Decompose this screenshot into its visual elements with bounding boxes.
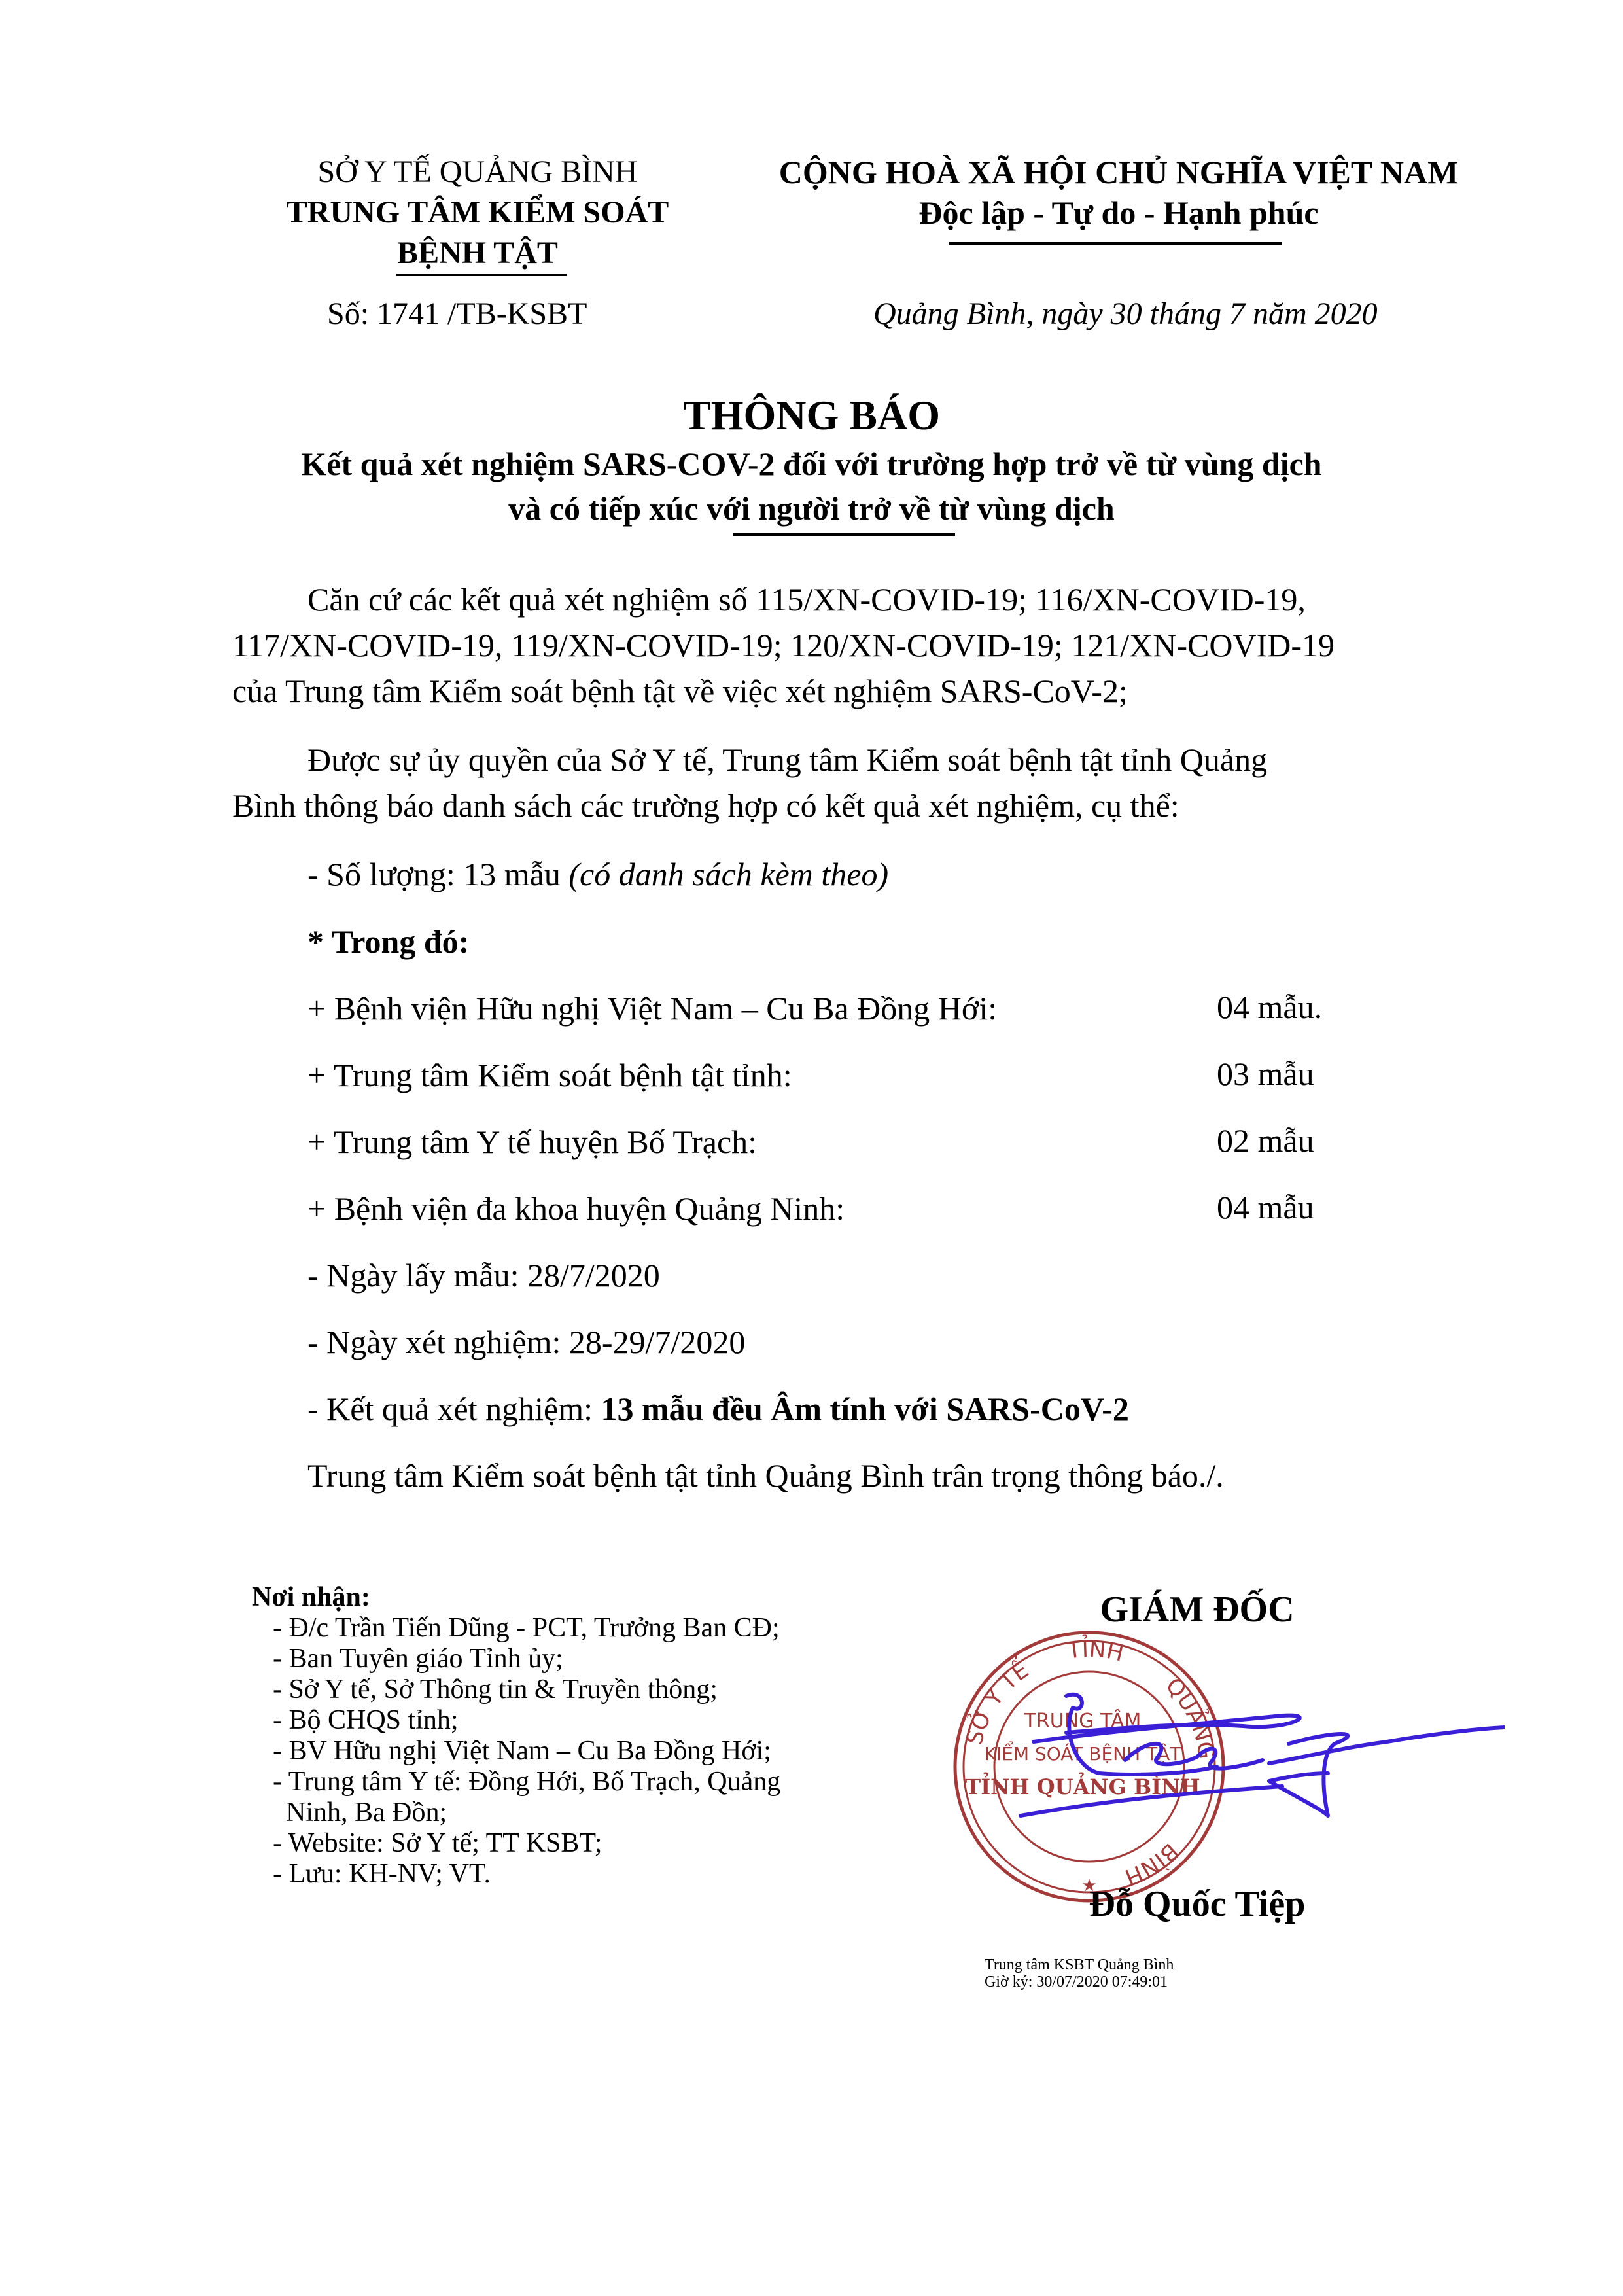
breakdown-count: 04 mẫu: [1217, 1188, 1314, 1226]
breakdown-place: + Trung tâm Kiểm soát bệnh tật tỉnh:: [307, 1055, 792, 1095]
basis-line1: Căn cứ các kết quả xét nghiệm số 115/XN-…: [307, 579, 1306, 620]
breakdown-count: 03 mẫu: [1217, 1055, 1314, 1093]
digital-signature-info: Trung tâm KSBT Quảng Bình Giờ ký: 30/07/…: [985, 1956, 1174, 1990]
test-date: - Ngày xét nghiệm: 28-29/7/2020: [307, 1322, 745, 1362]
breakdown-place: + Trung tâm Y tế huyện Bố Trạch:: [307, 1122, 757, 1162]
recipient-item: - Đ/c Trần Tiến Dũng - PCT, Trưởng Ban C…: [252, 1613, 780, 1644]
breakdown-count: 04 mẫu.: [1217, 988, 1322, 1026]
document-subtitle-line1: Kết quả xét nghiệm SARS-COV-2 đối với tr…: [0, 445, 1623, 483]
agency-name-line1: TRUNG TÂM KIỂM SOÁT: [249, 192, 707, 233]
breakdown-count: 02 mẫu: [1217, 1122, 1314, 1159]
basis-line2: 117/XN-COVID-19, 119/XN-COVID-19; 120/XN…: [232, 625, 1335, 665]
document-subtitle-line2: và có tiếp xúc với người trở về từ vùng …: [0, 489, 1623, 527]
authority-line2: Bình thông báo danh sách các trường hợp …: [232, 785, 1179, 826]
document-title: THÔNG BÁO: [0, 391, 1623, 440]
national-motto: Độc lập - Tự do - Hạnh phúc: [726, 192, 1511, 233]
basis-line3: của Trung tâm Kiểm soát bệnh tật về việc…: [232, 671, 1128, 711]
test-result: - Kết quả xét nghiệm: 13 mẫu đều Âm tính…: [307, 1388, 1129, 1429]
national-header: CỘNG HOÀ XÃ HỘI CHỦ NGHĨA VIỆT NAM Độc l…: [726, 152, 1511, 233]
recipient-item: - BV Hữu nghị Việt Nam – Cu Ba Đồng Hới;: [252, 1736, 780, 1767]
digital-sign-time: Giờ ký: 30/07/2020 07:49:01: [985, 1973, 1174, 1990]
agency-header: SỞ Y TẾ QUẢNG BÌNH TRUNG TÂM KIỂM SOÁT B…: [249, 152, 707, 274]
subtitle-underline: [733, 533, 955, 536]
recipients-block: Nơi nhận: - Đ/c Trần Tiến Dũng - PCT, Tr…: [252, 1582, 780, 1890]
digital-signer: Trung tâm KSBT Quảng Bình: [985, 1956, 1174, 1973]
document-number: Số: 1741 /TB-KSBT: [327, 296, 587, 332]
sample-date: - Ngày lấy mẫu: 28/7/2020: [307, 1255, 660, 1296]
svg-text:TỈNH: TỈNH: [1066, 1634, 1126, 1667]
result-value: 13 mẫu đều Âm tính với SARS-CoV-2: [601, 1390, 1129, 1427]
svg-text:BÌNH: BÌNH: [1121, 1838, 1183, 1890]
breakdown-place: + Bệnh viện Hữu nghị Việt Nam – Cu Ba Đồ…: [307, 988, 997, 1029]
breakdown-heading: * Trong đó:: [307, 921, 469, 962]
recipient-item: - Ban Tuyên giáo Tỉnh ủy;: [252, 1644, 780, 1674]
closing-statement: Trung tâm Kiểm soát bệnh tật tỉnh Quảng …: [307, 1455, 1224, 1496]
quantity-label: - Số lượng: 13 mẫu: [307, 856, 568, 892]
recipient-item: - Trung tâm Y tế: Đồng Hới, Bố Trạch, Qu…: [252, 1767, 780, 1797]
quantity-note: (có danh sách kèm theo): [568, 856, 888, 892]
recipient-item: - Lưu: KH-NV; VT.: [252, 1859, 780, 1890]
place-date: Quảng Bình, ngày 30 tháng 7 năm 2020: [873, 296, 1378, 332]
result-label: - Kết quả xét nghiệm:: [307, 1390, 601, 1427]
agency-parent: SỞ Y TẾ QUẢNG BÌNH: [249, 152, 707, 192]
motto-underline: [949, 242, 1282, 245]
agency-underline: [396, 274, 567, 276]
signer-name: Đỗ Quốc Tiệp: [1047, 1883, 1348, 1925]
sample-quantity: - Số lượng: 13 mẫu (có danh sách kèm the…: [307, 854, 888, 894]
recipient-item: - Website: Sở Y tế; TT KSBT;: [252, 1828, 780, 1859]
recipient-item: - Bộ CHQS tỉnh;: [252, 1705, 780, 1736]
recipient-item-continued: Ninh, Ba Đồn;: [252, 1797, 780, 1828]
handwritten-signature-icon: [981, 1669, 1505, 1839]
recipient-item: - Sở Y tế, Sở Thông tin & Truyền thông;: [252, 1674, 780, 1705]
agency-name-line2: BỆNH TẬT: [249, 233, 707, 274]
country-name: CỘNG HOÀ XÃ HỘI CHỦ NGHĨA VIỆT NAM: [726, 152, 1511, 192]
breakdown-place: + Bệnh viện đa khoa huyện Quảng Ninh:: [307, 1188, 845, 1229]
recipients-title: Nơi nhận:: [252, 1582, 780, 1613]
authority-line1: Được sự ủy quyền của Sở Y tế, Trung tâm …: [307, 739, 1267, 780]
